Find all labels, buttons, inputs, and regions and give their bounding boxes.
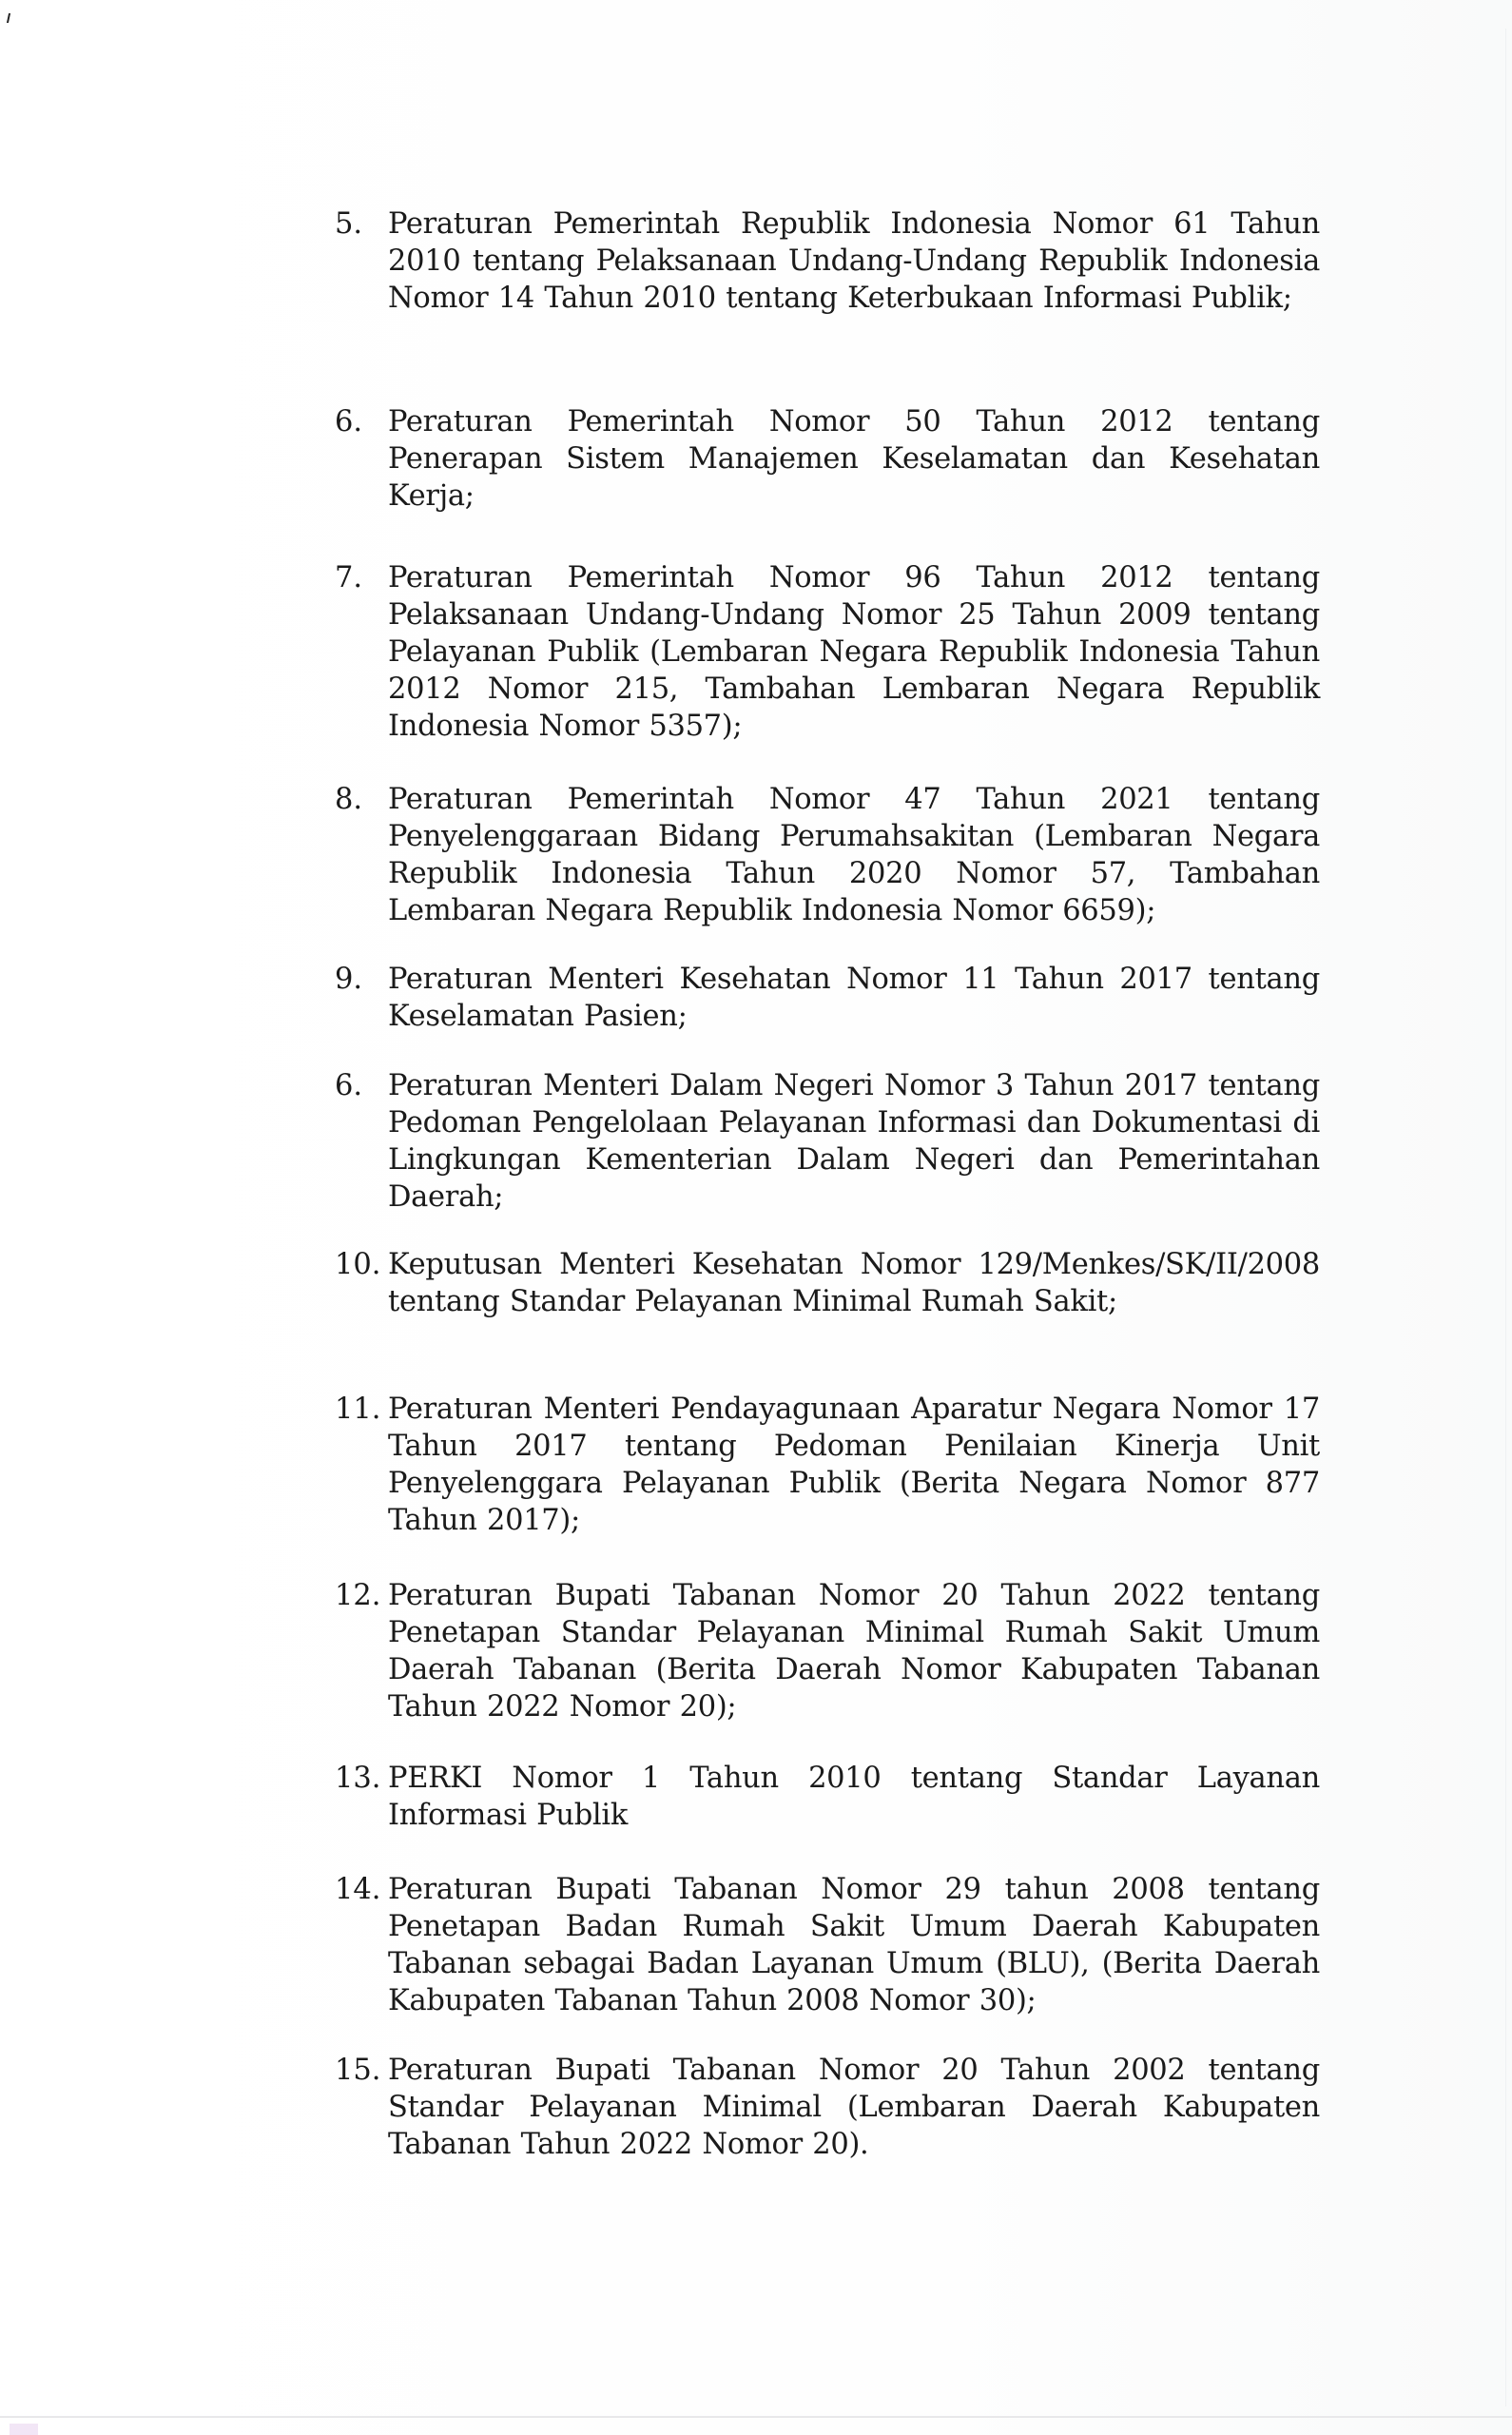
- item-text: Peraturan Menteri Pendayagunaan Aparatur…: [388, 1391, 1320, 1539]
- item-text: Peraturan Pemerintah Nomor 50 Tahun 2012…: [388, 403, 1320, 515]
- list-item: 6. Peraturan Menteri Dalam Negeri Nomor …: [335, 1067, 1320, 1216]
- item-text: Peraturan Pemerintah Nomor 96 Tahun 2012…: [388, 559, 1320, 745]
- item-number: 6.: [335, 403, 386, 440]
- item-text: Peraturan Menteri Dalam Negeri Nomor 3 T…: [388, 1067, 1320, 1216]
- list-item: 15. Peraturan Bupati Tabanan Nomor 20 Ta…: [335, 2052, 1320, 2163]
- list-item: 8. Peraturan Pemerintah Nomor 47 Tahun 2…: [335, 781, 1320, 929]
- item-text: Peraturan Pemerintah Nomor 47 Tahun 2021…: [388, 781, 1320, 929]
- item-number: 11.: [335, 1391, 386, 1428]
- item-text: Peraturan Pemerintah Republik Indonesia …: [388, 205, 1320, 317]
- item-text: Peraturan Bupati Tabanan Nomor 20 Tahun …: [388, 2052, 1320, 2163]
- scan-edge-right: [1505, 29, 1506, 2406]
- item-text: Keputusan Menteri Kesehatan Nomor 129/Me…: [388, 1246, 1320, 1320]
- item-number: 7.: [335, 559, 386, 596]
- list-item: 9. Peraturan Menteri Kesehatan Nomor 11 …: [335, 961, 1320, 1035]
- list-item: 7. Peraturan Pemerintah Nomor 96 Tahun 2…: [335, 559, 1320, 745]
- item-number: 10.: [335, 1246, 386, 1283]
- list-item: 14. Peraturan Bupati Tabanan Nomor 29 ta…: [335, 1871, 1320, 2019]
- item-number: 14.: [335, 1871, 386, 1908]
- item-number: 8.: [335, 781, 386, 818]
- scan-edge-bottom: [0, 2416, 1512, 2418]
- item-text: Peraturan Bupati Tabanan Nomor 20 Tahun …: [388, 1577, 1320, 1725]
- list-item: 13. PERKI Nomor 1 Tahun 2010 tentang Sta…: [335, 1760, 1320, 1834]
- item-text: PERKI Nomor 1 Tahun 2010 tentang Standar…: [388, 1760, 1320, 1834]
- list-item: 11. Peraturan Menteri Pendayagunaan Apar…: [335, 1391, 1320, 1539]
- list-item: 6. Peraturan Pemerintah Nomor 50 Tahun 2…: [335, 403, 1320, 515]
- list-item: 5. Peraturan Pemerintah Republik Indones…: [335, 205, 1320, 317]
- item-number: 5.: [335, 205, 386, 243]
- item-number: 9.: [335, 961, 386, 998]
- item-number: 13.: [335, 1760, 386, 1797]
- scan-mark: [7, 13, 10, 23]
- item-text: Peraturan Menteri Kesehatan Nomor 11 Tah…: [388, 961, 1320, 1035]
- item-text: Peraturan Bupati Tabanan Nomor 29 tahun …: [388, 1871, 1320, 2019]
- scan-artifact: [10, 2424, 38, 2435]
- item-number: 12.: [335, 1577, 386, 1614]
- document-page: 5. Peraturan Pemerintah Republik Indones…: [0, 0, 1512, 2435]
- list-item: 12. Peraturan Bupati Tabanan Nomor 20 Ta…: [335, 1577, 1320, 1725]
- item-number: 6.: [335, 1067, 386, 1104]
- list-item: 10. Keputusan Menteri Kesehatan Nomor 12…: [335, 1246, 1320, 1320]
- item-number: 15.: [335, 2052, 386, 2089]
